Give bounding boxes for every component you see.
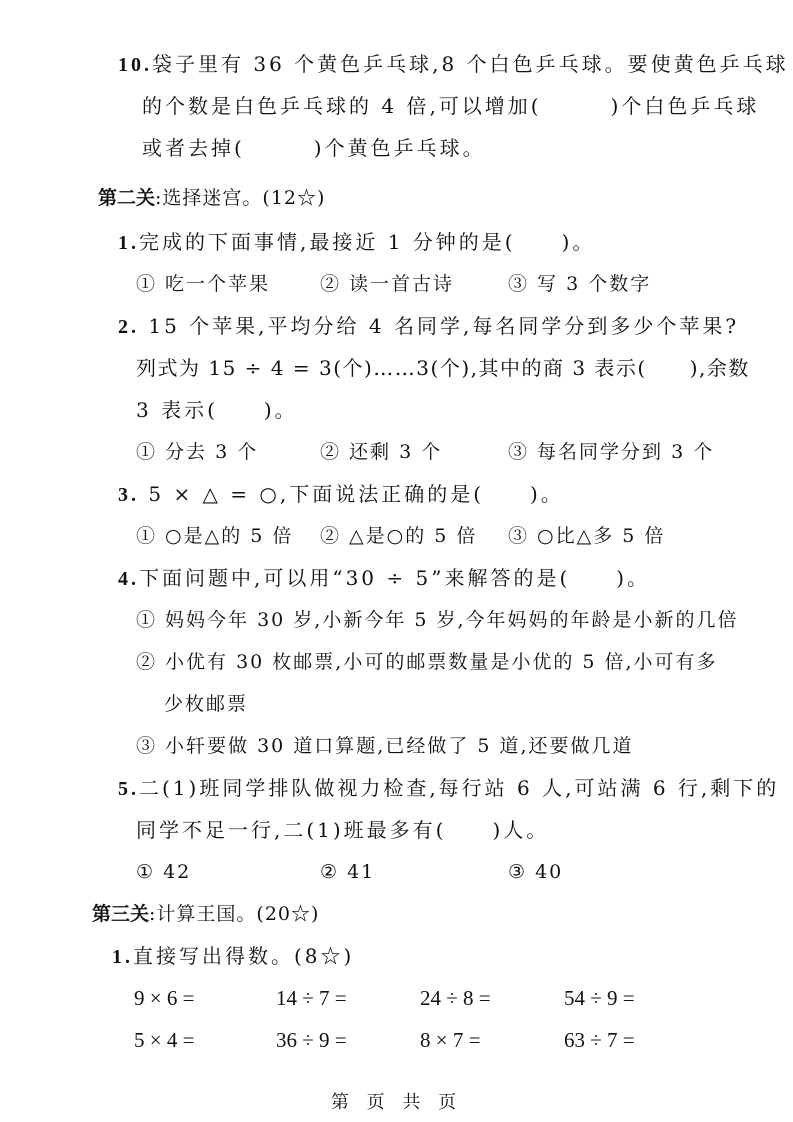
calc-item: 63 ÷ 7 =: [564, 1026, 635, 1054]
s2-q4-option-2-cont: 少枚邮票: [164, 690, 248, 718]
s2-q2-text-1: 15 个苹果,平均分给 4 名同学,每名同学分到多少个苹果?: [148, 314, 739, 338]
s2-q4: 4.下面问题中,可以用“30 ÷ 5”来解答的是( )。: [118, 564, 650, 593]
s2-q3-text: 5 × △ = ○,下面说法正确的是( )。: [148, 482, 563, 506]
s2-q3: 3. 5 × △ = ○,下面说法正确的是( )。: [118, 480, 564, 509]
s2-q4-option-2: ② 小优有 30 枚邮票,小可的邮票数量是小优的 5 倍,小可有多: [136, 648, 718, 676]
s2-q1-option-1: ① 吃一个苹果: [136, 270, 270, 298]
s2-q2-option-1: ① 分去 3 个: [136, 438, 258, 466]
calc-item: 8 × 7 =: [420, 1026, 480, 1054]
s2-q2-line2: 列式为 15 ÷ 4 = 3(个)……3(个),其中的商 3 表示( ),余数: [136, 354, 750, 382]
s2-q2-option-3: ③ 每名同学分到 3 个: [508, 438, 714, 466]
calc-item: 54 ÷ 9 =: [564, 984, 635, 1012]
s2-q1-text: 完成的下面事情,最接近 1 分钟的是( )。: [139, 230, 595, 254]
s2-q4-option-3: ③ 小轩要做 30 道口算题,已经做了 5 道,还要做几道: [136, 732, 634, 760]
calc-item: 14 ÷ 7 =: [276, 984, 347, 1012]
calc-item: 36 ÷ 9 =: [276, 1026, 347, 1054]
calc-item: 9 × 6 =: [134, 984, 194, 1012]
calc-item: 24 ÷ 8 =: [420, 984, 491, 1012]
s2-q2-number: 2.: [118, 316, 139, 338]
calc-item: 5 × 4 =: [134, 1026, 194, 1054]
section2-label: 第二关: [98, 187, 155, 209]
q10-text-1: 袋子里有 36 个黄色乒乓球,8 个白色乒乓球。要使黄色乒乓球: [152, 52, 789, 76]
s3-q1-number: 1.: [112, 946, 133, 968]
s2-q5-line2: 同学不足一行,二(1)班最多有( )人。: [136, 816, 549, 844]
s2-q3-option-3: ③ ○比△多 5 倍: [508, 522, 665, 550]
s2-q5-text-1: 二(1)班同学排队做视力检查,每行站 6 人,可站满 6 行,剩下的: [139, 776, 779, 800]
section2-heading: 第二关:选择迷宫。(12☆): [98, 184, 325, 212]
q10-line3: 或者去掉( )个黄色乒乓球。: [142, 134, 486, 162]
q10-line2: 的个数是白色乒乓球的 4 倍,可以增加( )个白色乒乓球: [142, 92, 759, 120]
s2-q2-line1: 2. 15 个苹果,平均分给 4 名同学,每名同学分到多少个苹果?: [118, 312, 739, 341]
s2-q5-number: 5.: [118, 778, 139, 800]
s2-q3-option-1: ① ○是△的 5 倍: [136, 522, 293, 550]
page-footer: 第 页 共 页: [0, 1088, 793, 1114]
s2-q4-number: 4.: [118, 568, 139, 590]
section2-title: :选择迷宫。(12☆): [155, 187, 325, 209]
s3-q1: 1.直接写出得数。(8☆): [112, 942, 354, 971]
s2-q1-option-3: ③ 写 3 个数字: [508, 270, 651, 298]
s2-q2-option-2: ② 还剩 3 个: [320, 438, 442, 466]
s2-q3-number: 3.: [118, 484, 139, 506]
s2-q4-option-1: ① 妈妈今年 30 岁,小新今年 5 岁,今年妈妈的年龄是小新的几倍: [136, 606, 739, 634]
s2-q4-text: 下面问题中,可以用“30 ÷ 5”来解答的是( )。: [139, 566, 650, 590]
s2-q2-line3: 3 表示( )。: [136, 396, 298, 424]
q10-number: 10.: [118, 54, 152, 76]
section3-heading: 第三关:计算王国。(20☆): [92, 900, 319, 928]
s2-q1-option-2: ② 读一首古诗: [320, 270, 454, 298]
s2-q5-line1: 5.二(1)班同学排队做视力检查,每行站 6 人,可站满 6 行,剩下的: [118, 774, 779, 803]
q10-line1: 10.袋子里有 36 个黄色乒乓球,8 个白色乒乓球。要使黄色乒乓球: [118, 50, 789, 79]
s2-q5-option-2: ② 41: [320, 858, 375, 886]
s3-q1-text: 直接写出得数。(8☆): [133, 944, 354, 968]
s2-q3-option-2: ② △是○的 5 倍: [320, 522, 477, 550]
section3-label: 第三关: [92, 903, 149, 925]
s2-q1: 1.完成的下面事情,最接近 1 分钟的是( )。: [118, 228, 595, 257]
s2-q5-option-3: ③ 40: [508, 858, 563, 886]
section3-title: :计算王国。(20☆): [149, 903, 319, 925]
s2-q1-number: 1.: [118, 232, 139, 254]
s2-q5-option-1: ① 42: [136, 858, 191, 886]
